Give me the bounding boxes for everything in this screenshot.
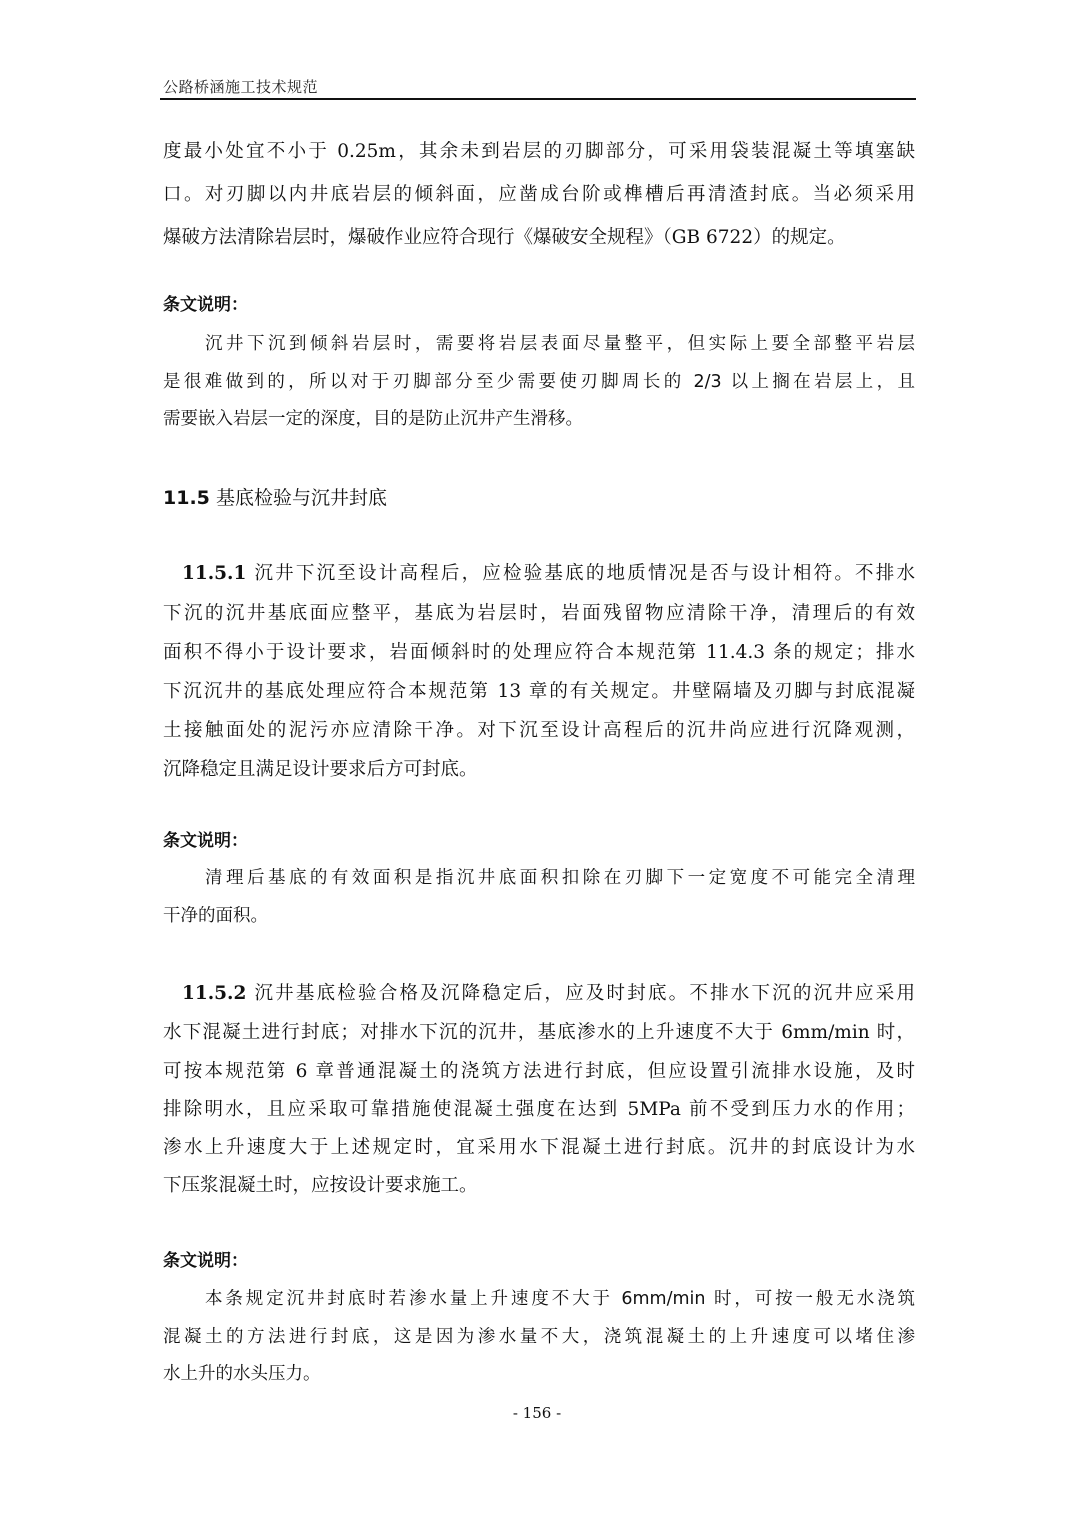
- text-line: 渗水上升速度大于上述规定时，宜采用水下混凝土进行封底。沉井的封底设计为水: [163, 1136, 915, 1160]
- note-line: 需要嵌入岩层一定的深度，目的是防止沉井产生滑移。: [163, 407, 915, 431]
- note-line: 沉井下沉到倾斜岩层时，需要将岩层表面尽量整平，但实际上要全部整平岩层: [205, 332, 915, 356]
- document-title: 公路桥涵施工技术规范: [163, 76, 318, 97]
- header-divider: [160, 98, 916, 100]
- section-heading: 11.5 基底检验与沉井封底: [163, 483, 387, 510]
- note-line: 水上升的水头压力。: [163, 1362, 915, 1386]
- text-line: 爆破方法清除岩层时，爆破作业应符合现行《爆破安全规程》（GB 6722）的规定。: [163, 226, 915, 250]
- text-line: 下沉的沉井基底面应整平，基底为岩层时，岩面残留物应清除干净，清理后的有效: [163, 602, 915, 626]
- note-line: 干净的面积。: [163, 904, 915, 928]
- note-line: 是很难做到的，所以对于刃脚部分至少需要使刃脚周长的 2/3 以上搁在岩层上，且: [163, 370, 915, 394]
- note-line: 清理后基底的有效面积是指沉井底面积扣除在刃脚下一定宽度不可能完全清理: [205, 866, 915, 890]
- note-title: 条文说明：: [163, 1246, 248, 1271]
- clause-first-line: 11.5.2 沉井基底检验合格及沉降稳定后，应及时封底。不排水下沉的沉井应采用: [182, 982, 915, 1006]
- clause-number: 11.5.2: [182, 983, 246, 1004]
- text-line: 沉井下沉至设计高程后，应检验基底的地质情况是否与设计相符。不排水: [254, 563, 915, 584]
- text-line: 排除明水，且应采取可靠措施使混凝土强度在达到 5MPa 前不受到压力水的作用；: [163, 1098, 915, 1122]
- text-line: 下沉沉井的基底处理应符合本规范第 13 章的有关规定。井壁隔墙及刃脚与封底混凝: [163, 680, 915, 704]
- text-line: 口。对刃脚以内井底岩层的倾斜面，应凿成台阶或榫槽后再清渣封底。当必须采用: [163, 183, 915, 207]
- text-line: 沉井基底检验合格及沉降稳定后，应及时封底。不排水下沉的沉井应采用: [254, 983, 915, 1004]
- text-line: 沉降稳定且满足设计要求后方可封底。: [163, 758, 915, 782]
- section-title: 基底检验与沉井封底: [216, 487, 387, 509]
- text-line: 可按本规范第 6 章普通混凝土的浇筑方法进行封底，但应设置引流排水设施，及时: [163, 1060, 915, 1084]
- clause-number: 11.5.1: [182, 563, 246, 584]
- page-number: - 156 -: [0, 1404, 1074, 1422]
- clause-first-line: 11.5.1 沉井下沉至设计高程后，应检验基底的地质情况是否与设计相符。不排水: [182, 562, 915, 586]
- note-line: 混凝土的方法进行封底，这是因为渗水量不大，浇筑混凝土的上升速度可以堵住渗: [163, 1325, 915, 1349]
- text-line: 土接触面处的泥污亦应清除干净。对下沉至设计高程后的沉井尚应进行沉降观测，: [163, 719, 915, 743]
- note-line: 本条规定沉井封底时若渗水量上升速度不大于 6mm/min 时，可按一般无水浇筑: [205, 1287, 915, 1311]
- text-line: 水下混凝土进行封底；对排水下沉的沉井，基底渗水的上升速度不大于 6mm/min …: [163, 1021, 915, 1045]
- text-line: 面积不得小于设计要求，岩面倾斜时的处理应符合本规范第 11.4.3 条的规定；排…: [163, 641, 915, 665]
- text-line: 下压浆混凝土时，应按设计要求施工。: [163, 1174, 915, 1198]
- section-number: 11.5: [163, 487, 210, 509]
- note-title: 条文说明：: [163, 826, 248, 851]
- note-title: 条文说明：: [163, 290, 248, 315]
- text-line: 度最小处宜不小于 0.25m，其余未到岩层的刃脚部分，可采用袋装混凝土等填塞缺: [163, 140, 915, 164]
